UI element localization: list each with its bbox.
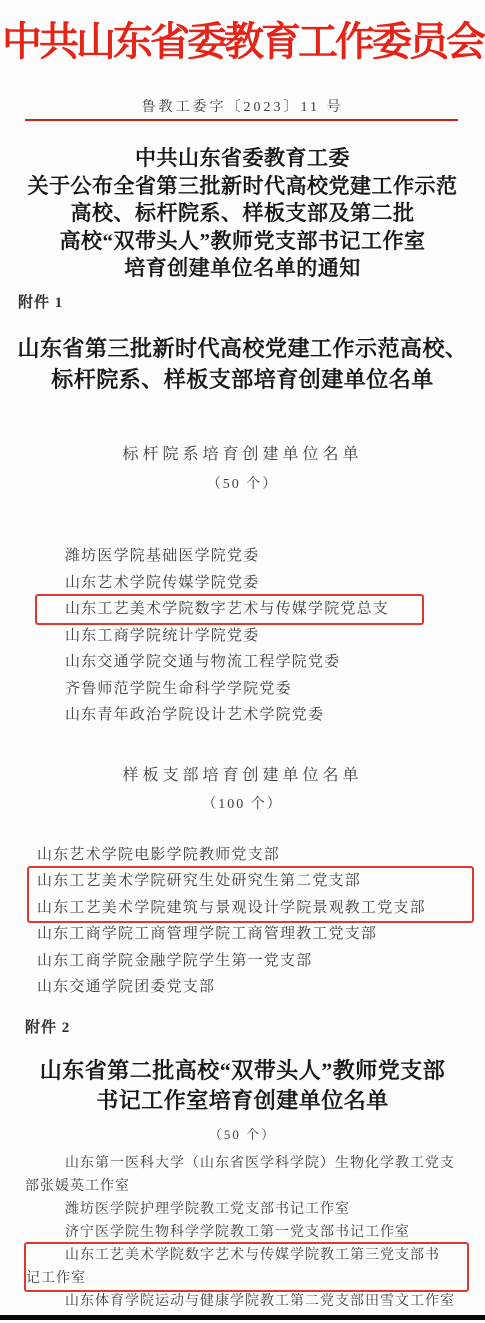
notice-title: 中共山东省委教育工委 关于公布全省第三批新时代高校党建工作示范 高校、标杆院系、… [0, 145, 485, 283]
workshop-list: 山东第一医科大学（山东省医学科学院）生物化学教工党支部张媛英工作室 潍坊医学院护… [0, 1152, 485, 1313]
benchmark-section-count: （50 个） [0, 473, 485, 493]
attachment1-title-line: 标杆院系、样板支部培育创建单位名单 [0, 364, 485, 395]
model-branch-list: 山东艺术学院电影学院教师党支部 山东工艺美术学院研究生处研究生第二党支部 山东工… [0, 842, 485, 1000]
attachment1-title: 山东省第三批新时代高校党建工作示范高校、 标杆院系、样板支部培育创建单位名单 [0, 333, 485, 395]
highlight-box: 山东工艺美术学院数字艺术与传媒学院教工第三党支部书记工作室 [24, 1242, 469, 1292]
model-branch-section-count: （100 个） [0, 793, 485, 813]
attachment2-title-line: 书记工作室培育创建单位名单 [0, 1086, 485, 1116]
notice-title-line: 中共山东省委教育工委 [0, 145, 485, 173]
document-page: 中共山东省委教育工作委员会 鲁教工委字〔2023〕11 号 中共山东省委教育工委… [0, 0, 485, 1323]
notice-title-line: 高校“双带头人”教师党支部书记工作室 [0, 228, 485, 256]
list-item-highlighted: 山东工艺美术学院研究生处研究生第二党支部 [29, 868, 472, 894]
attachment2-title: 山东省第二批高校“双带头人”教师党支部 书记工作室培育创建单位名单 [0, 1056, 485, 1116]
list-item: 齐鲁师范学院生命科学学院党委 [0, 676, 485, 703]
list-item: 山东艺术学院电影学院教师党支部 [0, 842, 485, 868]
list-item: 济宁医学院生物科学学院教工第一党支部书记工作室 [25, 1221, 469, 1244]
list-item-highlighted: 山东工艺美术学院数字艺术与传媒学院党总支 [37, 596, 422, 623]
highlight-box: 山东工艺美术学院研究生处研究生第二党支部 山东工艺美术学院建筑与景观设计学院景观… [27, 866, 474, 923]
list-item: 山东工商学院金融学院学生第一党支部 [0, 948, 485, 974]
highlight-box: 山东工艺美术学院数字艺术与传媒学院党总支 [35, 594, 424, 625]
list-item: 潍坊医学院护理学院教工党支部书记工作室 [25, 1198, 469, 1221]
notice-title-line: 高校、标杆院系、样板支部及第二批 [0, 200, 485, 228]
red-separator-line [25, 119, 458, 121]
list-item: 山东工商学院统计学院党委 [0, 623, 485, 650]
list-item: 山东工商学院工商管理学院工商管理教工党支部 [0, 921, 485, 947]
attachment1-title-line: 山东省第三批新时代高校党建工作示范高校、 [0, 333, 485, 364]
workshop-section-count: （50 个） [0, 1124, 485, 1143]
list-item: 山东体育学院运动与健康学院教工第二党支部田雪文工作室 [25, 1290, 469, 1313]
doc-number: 鲁教工委字〔2023〕11 号 [0, 96, 485, 116]
notice-title-line: 培育创建单位名单的通知 [0, 255, 485, 283]
model-branch-section-heading: 样板支部培育创建单位名单 [0, 762, 485, 785]
bottom-edge-bar [0, 1315, 485, 1320]
list-item-highlighted: 山东工艺美术学院数字艺术与传媒学院教工第三党支部书记工作室 [26, 1244, 467, 1290]
notice-title-line: 关于公布全省第三批新时代高校党建工作示范 [0, 173, 485, 201]
list-item: 山东交通学院交通与物流工程学院党委 [0, 649, 485, 676]
attachment2-title-line: 山东省第二批高校“双带头人”教师党支部 [0, 1056, 485, 1086]
list-item: 潍坊医学院基础医学院党委 [0, 543, 485, 570]
org-header-title: 中共山东省委教育工作委员会 [0, 10, 485, 67]
attachment2-label: 附件 2 [25, 1016, 70, 1037]
list-item: 山东艺术学院传媒学院党委 [0, 570, 485, 597]
list-item: 山东青年政治学院设计艺术学院党委 [0, 702, 485, 729]
list-item-highlighted: 山东工艺美术学院建筑与景观设计学院景观教工党支部 [29, 895, 472, 921]
list-item: 山东交通学院团委党支部 [0, 974, 485, 1000]
benchmark-section-heading: 标杆院系培育创建单位名单 [0, 441, 485, 464]
benchmark-list: 潍坊医学院基础医学院党委 山东艺术学院传媒学院党委 山东工艺美术学院数字艺术与传… [0, 543, 485, 729]
attachment1-label: 附件 1 [18, 291, 63, 312]
list-item: 山东第一医科大学（山东省医学科学院）生物化学教工党支部张媛英工作室 [25, 1152, 469, 1198]
